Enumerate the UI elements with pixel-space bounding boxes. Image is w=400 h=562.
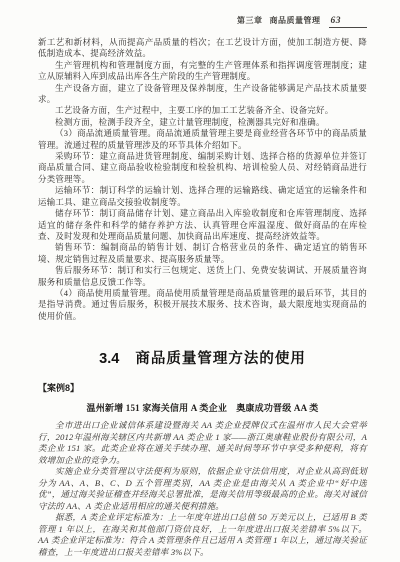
running-header: 第三章 商品质量管理 63 [38, 15, 367, 28]
body-paragraph: 新工艺和新材料，从而提高产品质量的档次；在工艺设计方面，使加工制造方便、降低制造… [38, 37, 367, 60]
body-paragraph: （3）商品流通质量管理。商品流通质量管理主要是商业经营各环节中的商品质量管理。流… [38, 128, 367, 151]
section-number: 3.4 [99, 351, 119, 367]
case-paragraph: 据悉，A 类企业评定标准为：上一年度年进出口总值 50 万美元以上，已适用 B … [38, 512, 367, 558]
body-paragraph: 生产管理机构和管理制度方面，有完整的生产管理体系和指挥调度管理制度；建立从原辅料… [38, 60, 367, 83]
body-paragraph: 销售环节：编制商品的销售计划、制订合格营业员的条件、确定适宜的销售环境、规定销售… [38, 242, 367, 265]
body-paragraph: 储存环节：制订商品储存计划、建立商品出入库验收制度和仓库管理制度、选择适宜的储存… [38, 208, 367, 242]
book-page: 第三章 商品质量管理 63 新工艺和新材料，从而提高产品质量的档次；在工艺设计方… [0, 0, 400, 562]
body-text: 新工艺和新材料，从而提高产品质量的档次；在工艺设计方面，使加工制造方便、降低制造… [38, 37, 367, 322]
case-title: 温州新增 151 家海关信用 A 类企业 奥康成功晋级 AA 类 [38, 401, 367, 414]
body-paragraph: 运输环节：制订科学的运输计划、选择合理的运输路线、确定适宜的运输条件和运输工具、… [38, 185, 367, 208]
case-paragraph: 全市进出口企业诚信体系建设暨海关 AA 类企业授牌仪式在温州市人民大会堂举行，2… [38, 420, 367, 466]
body-paragraph: （4）商品使用质量管理。商品使用质量管理是商品质量管理的最后环节，其目的是指导消… [38, 288, 367, 322]
case-study: 【案例8】 温州新增 151 家海关信用 A 类企业 奥康成功晋级 AA 类 全… [38, 381, 367, 558]
body-paragraph: 检测方面，检测手段齐全，建立计量管理制度，检测器具完好和准确。 [38, 117, 367, 128]
section-title: 商品质量管理方法的使用 [135, 351, 306, 367]
case-label: 【案例8】 [38, 381, 367, 394]
body-paragraph: 生产设备方面，建立了设备管理及保养制度，生产设备能够满足产品技术质量要求。 [38, 83, 367, 106]
case-paragraph: 实施企业分类管理以守法便利为原则，依据企业守法信用度，对企业从高到低划分为 AA… [38, 466, 367, 512]
body-paragraph: 采购环节：建立商品进货管理制度、编制采购计划、选择合格的货源单位并签订商品质量合… [38, 151, 367, 185]
section-heading: 3.4 商品质量管理方法的使用 [38, 347, 367, 368]
body-paragraph: 工艺设备方面，生产过程中，主要工序的加工工艺装备齐全、设备完好。 [38, 105, 367, 116]
page-number: 63 [329, 16, 368, 28]
chapter-label: 第三章 [237, 15, 263, 26]
body-paragraph: 售后服务环节：制订和实行三包规定、送货上门、免费安装调试、开展质量咨询服务和质量… [38, 265, 367, 288]
case-body: 全市进出口企业诚信体系建设暨海关 AA 类企业授牌仪式在温州市人民大会堂举行，2… [38, 420, 367, 558]
chapter-title: 商品质量管理 [270, 15, 321, 26]
